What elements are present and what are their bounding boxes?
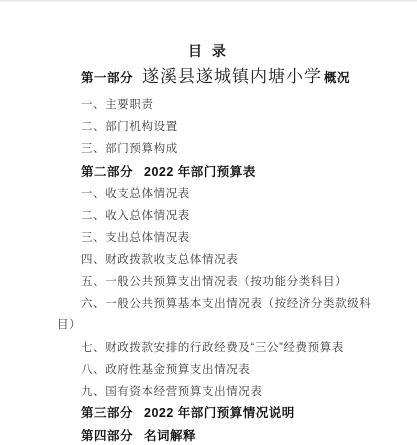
part1-school-name: 遂溪县遂城镇内塘小学 [142,62,322,87]
toc-title: 目 录 [0,41,417,61]
part3-label: 第三部分 [81,403,133,421]
toc-item-part1-3: 三、部门预算构成 [81,140,178,156]
part3-title: 2022 年部门预算情况说明 [144,403,295,421]
part4-title: 名词解释 [144,426,196,444]
part4-label: 第四部分 [81,426,133,444]
toc-item-part1-1: 一、主要职责 [81,96,154,112]
page-top-edge [0,0,417,2]
part2-title: 2022 年部门预算表 [144,162,256,180]
part2-label: 第二部分 [81,162,133,180]
toc-item-part2-9: 九、国有资本经营预算支出情况表 [81,383,263,399]
section-heading-part4: 第四部分 名词解释 [81,426,196,444]
section-heading-part1: 第一部分 遂溪县遂城镇内塘小学 概况 [81,62,350,87]
toc-item-part2-8: 八、政府性基金预算支出情况表 [81,361,250,377]
toc-item-part2-6: 六、一般公共预算基本支出情况表（按经济分类款级科 [81,295,371,311]
toc-item-part2-6-wrap: 目） [57,316,81,332]
toc-item-part2-3: 三、支出总体情况表 [81,229,190,245]
section-heading-part3: 第三部分 2022 年部门预算情况说明 [81,403,295,421]
toc-item-part2-5: 五、一般公共预算支出情况表（按功能分类科目） [81,273,347,289]
part1-suffix: 概况 [324,68,350,86]
toc-item-part2-1: 一、收支总体情况表 [81,185,190,201]
toc-item-part1-2: 二、部门机构设置 [81,118,178,134]
toc-item-part2-4: 四、财政拨款收支总体情况表 [81,251,238,267]
document-page: 目 录 第一部分 遂溪县遂城镇内塘小学 概况 一、主要职责 二、部门机构设置 三… [0,0,417,445]
section-heading-part2: 第二部分 2022 年部门预算表 [81,162,256,180]
part1-label: 第一部分 [81,68,133,86]
toc-item-part2-2: 二、收入总体情况表 [81,207,190,223]
toc-item-part2-7: 七、财政拨款安排的行政经费及“三公”经费预算表 [81,339,344,355]
